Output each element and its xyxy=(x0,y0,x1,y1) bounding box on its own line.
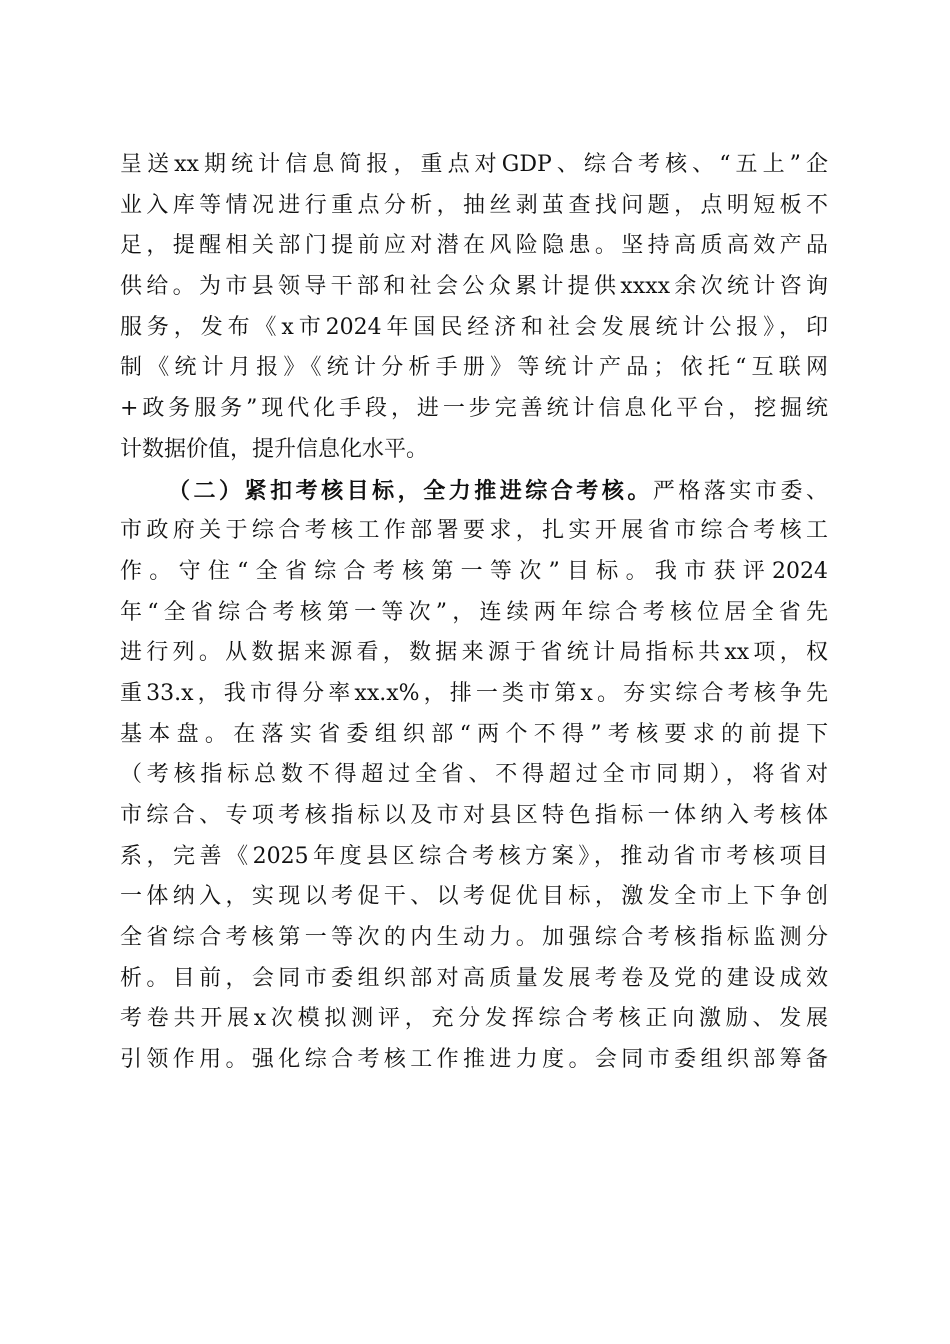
text-line: 析。目前，会同市委组织部对高质量发展考卷及党的建设成效 xyxy=(120,959,828,1000)
paragraph-comprehensive-assessment: （二）紧扣考核目标，全力推进综合考核。严格落实市委、 市政府关于综合考核工作部署… xyxy=(120,471,828,1081)
text-line: 进行列。从数据来源看，数据来源于省统计局指标共xx项，权 xyxy=(120,633,828,674)
heading-line: （二）紧扣考核目标，全力推进综合考核。严格落实市委、 xyxy=(120,471,828,512)
text-line: 市综合、专项考核指标以及市对县区特色指标一体纳入考核体 xyxy=(120,796,828,837)
text-line: 全省综合考核第一等次的内生动力。加强综合考核指标监测分 xyxy=(120,918,828,959)
text-line: 足，提醒相关部门提前应对潜在风险隐患。坚持高质高效产品 xyxy=(120,226,828,267)
text-line: 业入库等情况进行重点分析，抽丝剥茧查找问题，点明短板不 xyxy=(120,186,828,227)
text-line: 供给。为市县领导干部和社会公众累计提供xxxx余次统计咨询 xyxy=(120,267,828,308)
text-line: 重33.x，我市得分率xx.x%，排一类市第x。夯实综合考核争先 xyxy=(120,674,828,715)
paragraph-statistics-services: 呈送xx期统计信息简报，重点对GDP、综合考核、“五上”企 业入库等情况进行重点… xyxy=(120,145,828,471)
body-text: 呈送xx期统计信息简报，重点对GDP、综合考核、“五上”企 业入库等情况进行重点… xyxy=(120,145,828,1081)
text-line: 一体纳入，实现以考促干、以考促优目标，激发全市上下争创 xyxy=(120,877,828,918)
text-line: （考核指标总数不得超过全省、不得超过全市同期），将省对 xyxy=(120,755,828,796)
document-page: 呈送xx期统计信息简报，重点对GDP、综合考核、“五上”企 业入库等情况进行重点… xyxy=(0,0,950,1344)
text-line: 计数据价值，提升信息化水平。 xyxy=(120,430,828,471)
text-line: 服务，发布《x市2024年国民经济和社会发展统计公报》，印 xyxy=(120,308,828,349)
text-line: 考卷共开展x次模拟测评，充分发挥综合考核正向激励、发展 xyxy=(120,999,828,1040)
text-line: 基本盘。在落实省委组织部“两个不得”考核要求的前提下 xyxy=(120,715,828,756)
text-line: 年“全省综合考核第一等次”，连续两年综合考核位居全省先 xyxy=(120,593,828,634)
text-line: 呈送xx期统计信息简报，重点对GDP、综合考核、“五上”企 xyxy=(120,145,828,186)
text-line: 制《统计月报》《统计分析手册》等统计产品；依托“互联网 xyxy=(120,348,828,389)
text-line: 系，完善《2025年度县区综合考核方案》，推动省市考核项目 xyxy=(120,837,828,878)
section-heading: （二）紧扣考核目标，全力推进综合考核。 xyxy=(168,478,653,504)
text-line: +政务服务”现代化手段，进一步完善统计信息化平台，挖掘统 xyxy=(120,389,828,430)
text-line: 市政府关于综合考核工作部署要求，扎实开展省市综合考核工 xyxy=(120,511,828,552)
heading-line-rest: 严格落实市委、 xyxy=(653,479,828,504)
text-line: 作。守住“全省综合考核第一等次”目标。我市获评2024 xyxy=(120,552,828,593)
text-line: 引领作用。强化综合考核工作推进力度。会同市委组织部筹备 xyxy=(120,1040,828,1081)
